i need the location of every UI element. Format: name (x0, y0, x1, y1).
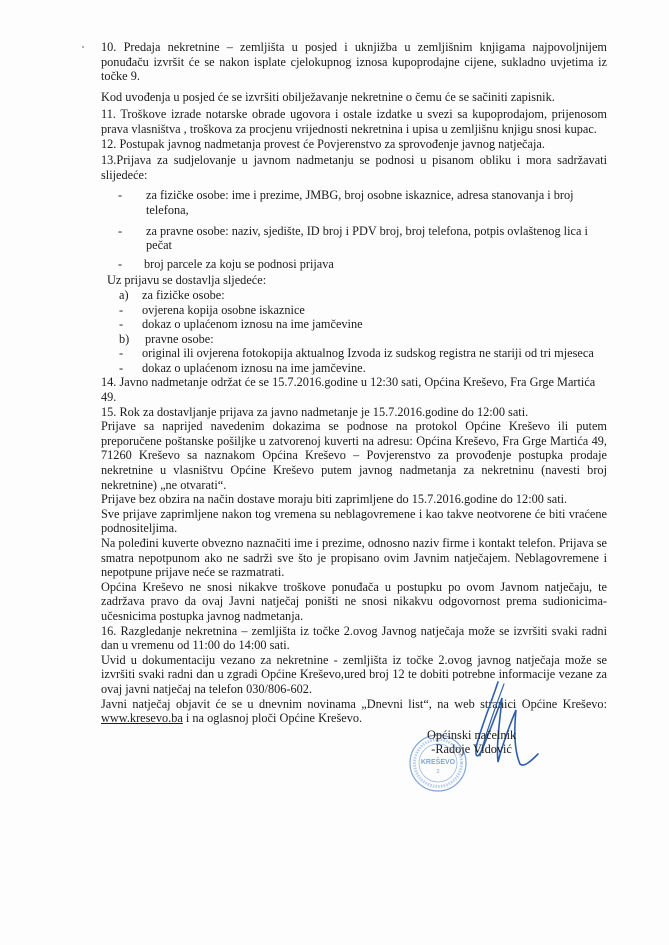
marker-b: b) (119, 332, 129, 347)
document-body: 10. Predaja nekretnine – zemljišta u pos… (101, 40, 607, 726)
dash-marker: - (119, 303, 123, 318)
attachment-group-label: pravne osobe: (142, 332, 214, 346)
document-page: 10. Predaja nekretnine – zemljišta u pos… (0, 0, 669, 945)
list-item: - dokaz o uplaćenom iznosu na ime jamčev… (119, 361, 607, 376)
list-item-text: original ili ovjerena fotokopija aktualn… (142, 346, 594, 360)
attachments-section: Uz prijavu se dostavlja sljedeće: a) za … (107, 273, 607, 375)
paragraph-15b: Prijave sa naprijed navedenim dokazima s… (101, 419, 607, 492)
signature-block: Općinski načelnik -Radoje Vidović (427, 728, 516, 756)
list-item-text: dokaz o uplaćenom iznosu na ime jamčevin… (142, 361, 366, 375)
attachment-group-label: za fizičke osobe: (142, 288, 225, 302)
scan-speck (82, 46, 84, 48)
attachments-intro: Uz prijavu se dostavlja sljedeće: (107, 273, 607, 288)
signatory-title: Općinski načelnik (427, 728, 516, 742)
list-item-text: ovjerena kopija osobne iskaznice (142, 303, 305, 317)
list-item: - dokaz o uplaćenom iznosu na ime jamčev… (119, 317, 607, 332)
attachment-group-a: a) za fizičke osobe: (119, 288, 607, 303)
attachments-list: a) za fizičke osobe: - ovjerena kopija o… (119, 288, 607, 376)
website-link[interactable]: www.kresevo.ba (101, 711, 183, 725)
paragraph-15: 15. Rok za dostavljanje prijava za javno… (101, 405, 607, 420)
attachment-group-b: b) pravne osobe: (119, 332, 607, 347)
marker-a: a) (119, 288, 129, 303)
list-item-text: za fizičke osobe: ime i prezime, JMBG, b… (146, 188, 574, 217)
paragraph-10: 10. Predaja nekretnine – zemljišta u pos… (101, 40, 607, 84)
paragraph-15d: Sve prijave zaprimljene nakon tog vremen… (101, 507, 607, 536)
dash-marker: - (119, 317, 123, 332)
list-item: - za pravne osobe: naziv, sjedište, ID b… (101, 224, 607, 253)
publication-text-end: i na oglasnoj ploči Općine Kreševo. (183, 711, 362, 725)
list-item: - original ili ovjerena fotokopija aktua… (119, 346, 607, 361)
dash-marker: - (118, 224, 122, 239)
paragraph-15f: Općina Kreševo ne snosi nikakve troškove… (101, 580, 607, 624)
dash-marker: - (119, 361, 123, 376)
dash-marker: - (118, 188, 122, 203)
list-item: - broj parcele za koju se podnosi prijav… (101, 257, 607, 272)
paragraph-15c: Prijave bez obzira na način dostave mora… (101, 492, 607, 507)
paragraph-15e: Na poleđini kuverte obvezno naznačiti im… (101, 536, 607, 580)
dash-marker: - (118, 257, 122, 272)
list-item-text: dokaz o uplaćenom iznosu na ime jamčevin… (142, 317, 363, 331)
dash-marker: - (119, 346, 123, 361)
list-item-text: za pravne osobe: naziv, sjedište, ID bro… (146, 224, 588, 253)
paragraph-12: 12. Postupak javnog nadmetanja provest ć… (101, 137, 607, 152)
paragraph-10b: Kod uvođenja u posjed će se izvršiti obi… (101, 90, 607, 105)
signatory-name: -Radoje Vidović (427, 742, 516, 756)
list-item-text: broj parcele za koju se podnosi prijava (144, 257, 334, 271)
paragraph-11: 11. Troškove izrade notarske obrade ugov… (101, 107, 607, 136)
list-item: - ovjerena kopija osobne iskaznice (119, 303, 607, 318)
paragraph-16: 16. Razgledanje nekretnina – zemljišta i… (101, 624, 607, 653)
paragraph-13: 13.Prijava za sudjelovanje u javnom nadm… (101, 153, 607, 182)
list-item: - za fizičke osobe: ime i prezime, JMBG,… (101, 188, 607, 217)
paragraph-14: 14. Javno nadmetanje održat će se 15.7.2… (101, 375, 607, 404)
